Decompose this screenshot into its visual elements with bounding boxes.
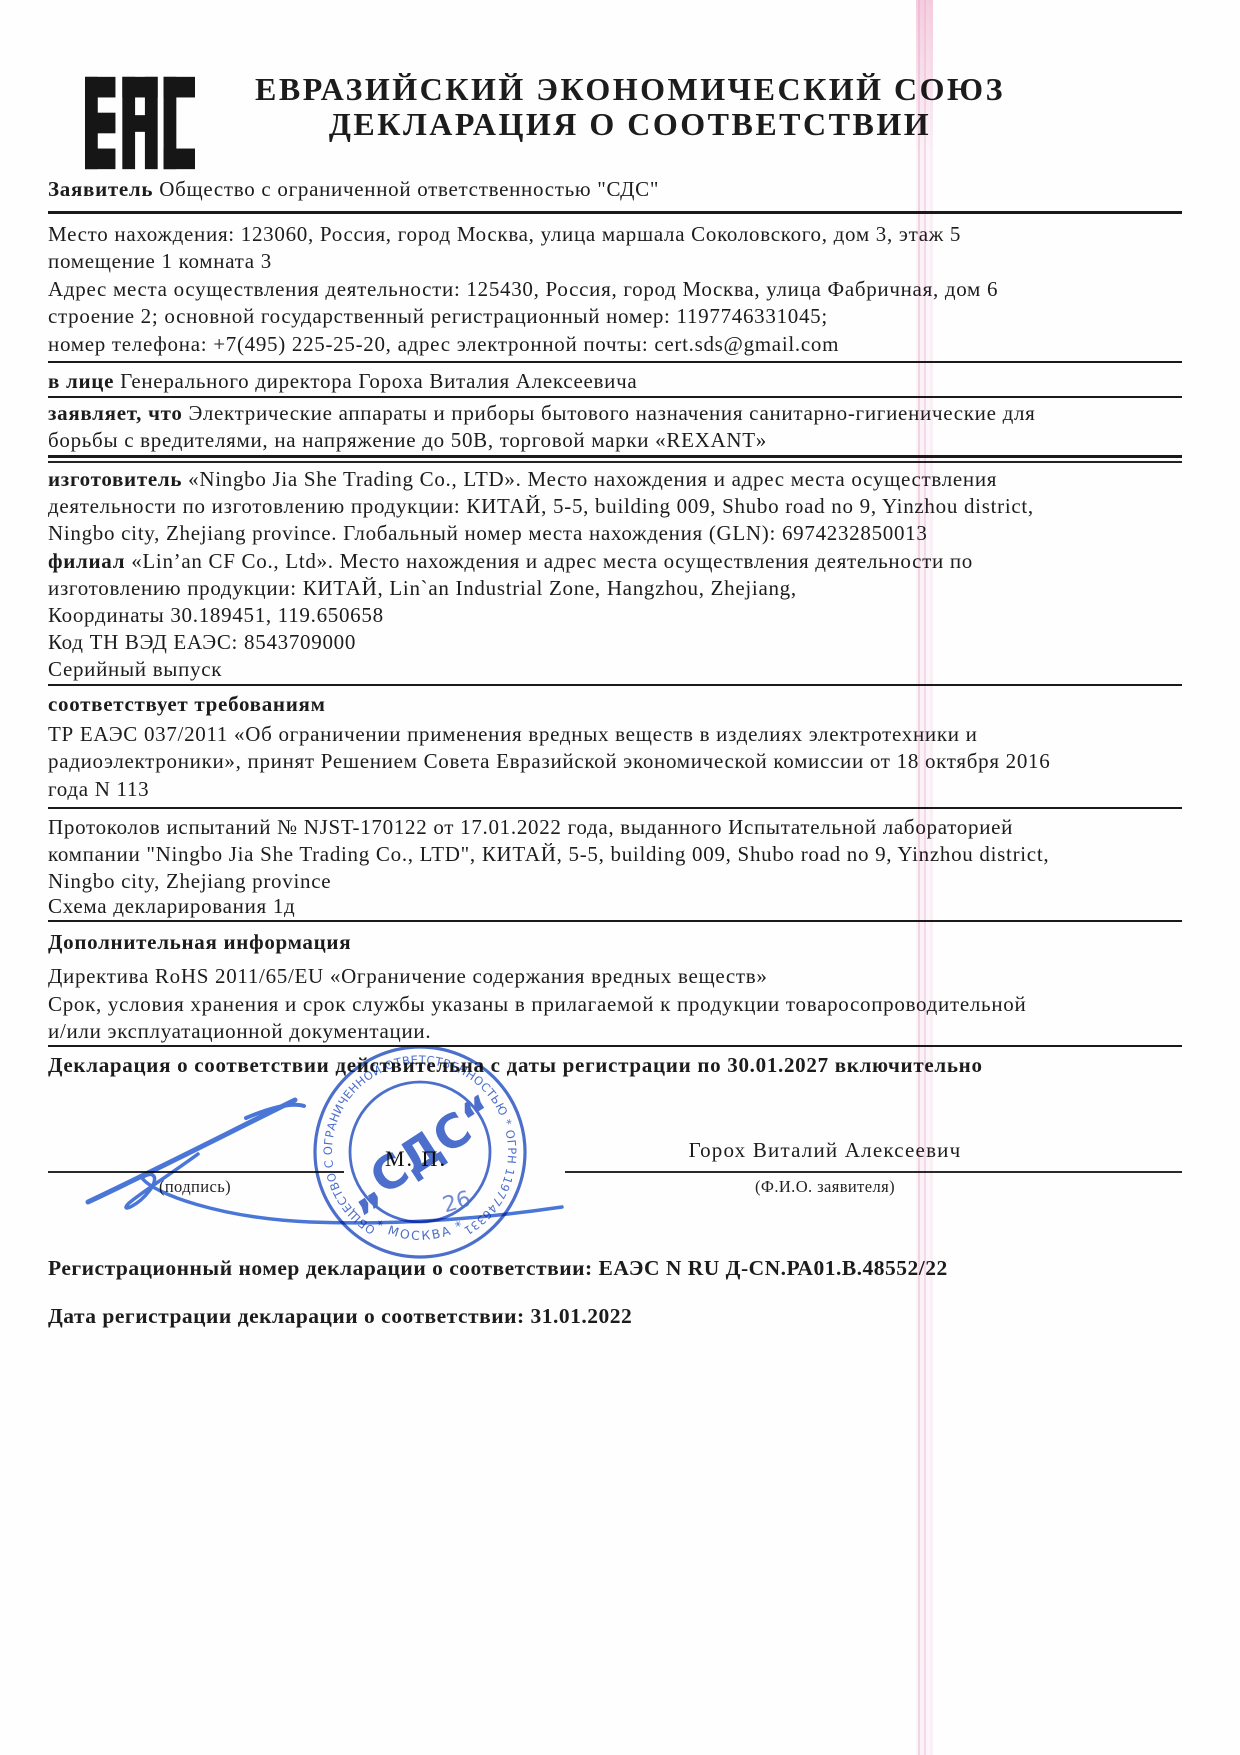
protocol-line: Протоколов испытаний № NJST-170122 от 17… [48,814,1138,842]
section-divider [48,807,1182,809]
tr-line: ТР ЕАЭС 037/2011 «Об ограничении примене… [48,721,1138,749]
additional-heading: Дополнительная информация [48,929,1138,957]
section-divider [48,455,1182,458]
serial-line: Серийный выпуск [48,656,1138,684]
declares-line: борьбы с вредителями, на напряжение до 5… [48,427,1138,455]
tr-line: года N 113 [48,776,1138,804]
manufacturer-line: «Ningbo Jia She Trading Co., LTD». Место… [188,467,997,491]
tr-line: радиоэлектроники», принят Решением Совет… [48,748,1138,776]
applicant-row: ЗаявительОбщество с ограниченной ответст… [48,176,1138,204]
protocol-line: компании "Ningbo Jia She Trading Co., LT… [48,841,1138,869]
address-line: строение 2; основной государственный рег… [48,303,1138,331]
title-declaration: ДЕКЛАРАЦИЯ О СООТВЕТСТВИИ [170,107,1090,142]
scan-artifact-stripe [916,0,933,1755]
name-caption: (Ф.И.О. заявителя) [545,1177,1105,1197]
address-line: помещение 1 комната 3 [48,248,1138,276]
tnved-code-line: Код ТН ВЭД ЕАЭС: 8543709000 [48,629,1138,657]
declaration-page: ЕВРАЗИЙСКИЙ ЭКОНОМИЧЕСКИЙ СОЮЗ ДЕКЛАРАЦИ… [0,0,1240,1755]
address-line: Место нахождения: 123060, Россия, город … [48,221,1138,249]
registration-date-line: Дата регистрации декларации о соответств… [48,1304,1182,1329]
additional-line: Срок, условия хранения и срок службы ука… [48,991,1138,1019]
section-divider [48,211,1182,214]
branch-line: «Lin’an CF Co., Ltd». Место нахождения и… [131,549,973,573]
person-row: в лицеГенерального директора Гороха Вита… [48,368,1138,396]
manufacturer-label: изготовитель [48,467,182,491]
section-divider [48,361,1182,363]
stamp-center-text: „СДС“ [335,1084,506,1221]
manufacturer-line: Ningbo city, Zhejiang province. Глобальн… [48,520,1138,548]
validity-line: Декларация о соответствии действительна … [48,1052,1138,1080]
document-title: ЕВРАЗИЙСКИЙ ЭКОНОМИЧЕСКИЙ СОЮЗ ДЕКЛАРАЦИ… [170,72,1090,142]
section-divider [48,396,1182,398]
applicant-label: Заявитель [48,177,153,201]
registration-number-line: Регистрационный номер декларации о соотв… [48,1256,1182,1281]
manufacturer-line: деятельности по изготовлению продукции: … [48,493,1138,521]
manufacturer-row: изготовитель«Ningbo Jia She Trading Co.,… [48,466,1138,494]
stamp-number: 26 [440,1187,474,1219]
branch-line: изготовлению продукции: КИТАЙ, Lin`an In… [48,575,1138,603]
address-line: Адрес места осуществления деятельности: … [48,276,1138,304]
protocol-line: Ningbo city, Zhejiang province [48,868,1138,896]
person-value: Генерального директора Гороха Виталия Ал… [120,369,637,393]
section-divider [48,461,1182,463]
branch-label: филиал [48,549,125,573]
title-union: ЕВРАЗИЙСКИЙ ЭКОНОМИЧЕСКИЙ СОЮЗ [170,72,1090,107]
additional-line: Директива RoHS 2011/65/EU «Ограничение с… [48,963,1138,991]
address-line: номер телефона: +7(495) 225-25-20, адрес… [48,331,1138,359]
scheme-line: Схема декларирования 1д [48,893,1138,921]
conforms-heading: соответствует требованиям [48,691,1138,719]
section-divider [48,1045,1182,1047]
declares-row: заявляет, чтоЭлектрические аппараты и пр… [48,400,1138,428]
branch-row: филиал«Lin’an CF Co., Ltd». Место нахожд… [48,548,1138,576]
applicant-name: Горох Виталий Алексеевич [545,1138,1105,1163]
coordinates-line: Координаты 30.189451, 119.650658 [48,602,1138,630]
section-divider [48,920,1182,922]
applicant-value: Общество с ограниченной ответственностью… [159,177,659,201]
declares-line: Электрические аппараты и приборы бытовог… [189,401,1036,425]
name-line [565,1171,1182,1173]
person-label: в лице [48,369,114,393]
declares-label: заявляет, что [48,401,183,425]
additional-line: и/или эксплуатационной документации. [48,1018,1138,1046]
section-divider [48,684,1182,686]
company-stamp: ОБЩЕСТВО С ОГРАНИЧЕННОЙ ОТВЕТСТВЕННОСТЬЮ… [305,1037,535,1267]
